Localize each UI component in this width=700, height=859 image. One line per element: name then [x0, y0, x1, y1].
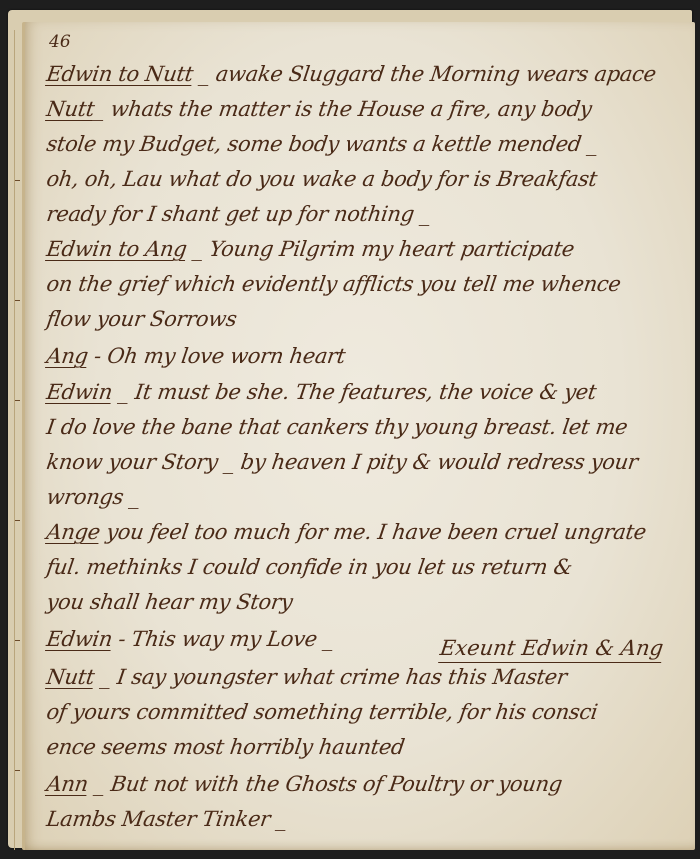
- line-7: on the grief which evidently afflicts yo…: [45, 272, 622, 296]
- speaker-name: Ange: [45, 520, 102, 544]
- dialogue-text: Lambs Master Tinker _: [45, 807, 288, 831]
- line-18: Nutt _ I say youngster what crime has th…: [45, 665, 568, 689]
- dialogue-text: - This way my Love _: [111, 627, 336, 651]
- dialogue-text: I do love the bane that cankers thy youn…: [45, 415, 629, 439]
- dialogue-text: _ awake Sluggard the Morning wears apace: [191, 62, 657, 86]
- speaker-name: Edwin to Nutt: [45, 62, 195, 86]
- dialogue-text: know your Story _ by heaven I pity & wou…: [45, 450, 639, 474]
- speaker-name: Nutt: [45, 665, 96, 689]
- dialogue-text: ful. methinks I could confide in you let…: [45, 555, 574, 579]
- dialogue-text: _ But not with the Ghosts of Poultry or …: [86, 772, 563, 796]
- line-3: stole my Budget, some body wants a kettl…: [45, 132, 599, 156]
- speaker-name: Edwin: [45, 627, 114, 651]
- line-14: Ange you feel too much for me. I have be…: [45, 520, 648, 544]
- line-20: ence seems most horribly haunted: [45, 735, 406, 759]
- manuscript-scan: 46 Edwin to Nutt _ awake Sluggard the Mo…: [0, 0, 700, 859]
- dialogue-text: of yours committed something terrible, f…: [45, 700, 599, 724]
- page-number: 46: [49, 32, 71, 52]
- dialogue-text: oh, oh, Lau what do you wake a body for …: [45, 167, 599, 191]
- line-11: I do love the bane that cankers thy youn…: [45, 415, 629, 439]
- line-4: oh, oh, Lau what do you wake a body for …: [45, 167, 599, 191]
- line-8: flow your Sorrows: [45, 307, 238, 331]
- line-16: you shall hear my Story: [45, 590, 294, 614]
- dialogue-text: on the grief which evidently afflicts yo…: [45, 272, 622, 296]
- line-17: Edwin - This way my Love _: [45, 627, 335, 651]
- page-stack: 46 Edwin to Nutt _ awake Sluggard the Mo…: [8, 10, 692, 848]
- dialogue-text: you feel too much for me. I have been cr…: [98, 520, 647, 544]
- dialogue-text: _ It must be she. The features, the voic…: [111, 380, 598, 404]
- dialogue-text: flow your Sorrows: [45, 307, 238, 331]
- dialogue-text: stole my Budget, some body wants a kettl…: [45, 132, 599, 156]
- line-15: ful. methinks I could confide in you let…: [45, 555, 574, 579]
- line-13: wrongs _: [45, 485, 142, 509]
- stage-direction: Exeunt Edwin & Ang: [438, 636, 665, 663]
- line-21: Ann _ But not with the Ghosts of Poultry…: [45, 772, 564, 796]
- speaker-name: Edwin: [45, 380, 114, 404]
- speaker-name: Ann: [45, 772, 90, 796]
- dialogue-text: _ whats the matter is the House a fire, …: [93, 97, 594, 121]
- dialogue-text: wrongs _: [45, 485, 142, 509]
- dialogue-text: ready for I shant get up for nothing _: [45, 202, 432, 226]
- dialogue-text: _ I say youngster what crime has this Ma…: [93, 665, 569, 689]
- dialogue-text: ence seems most horribly haunted: [45, 735, 406, 759]
- dialogue-text: you shall hear my Story: [45, 590, 294, 614]
- line-1: Edwin to Nutt _ awake Sluggard the Morni…: [45, 62, 657, 86]
- line-12: know your Story _ by heaven I pity & wou…: [45, 450, 639, 474]
- manuscript-page: 46 Edwin to Nutt _ awake Sluggard the Mo…: [22, 22, 695, 850]
- speaker-name: Edwin to Ang: [45, 237, 188, 261]
- line-22: Lambs Master Tinker _: [45, 807, 288, 831]
- line-9: Ang - Oh my love worn heart: [45, 344, 347, 368]
- dialogue-text: - Oh my love worn heart: [86, 344, 347, 368]
- line-10: Edwin _ It must be she. The features, th…: [45, 380, 598, 404]
- speaker-name: Nutt: [45, 97, 96, 121]
- line-5: ready for I shant get up for nothing _: [45, 202, 432, 226]
- line-6: Edwin to Ang _ Young Pilgrim my heart pa…: [45, 237, 576, 261]
- line-2: Nutt_ whats the matter is the House a fi…: [45, 97, 593, 121]
- line-19: of yours committed something terrible, f…: [45, 700, 599, 724]
- speaker-name: Ang: [45, 344, 90, 368]
- dialogue-text: _ Young Pilgrim my heart participate: [185, 237, 576, 261]
